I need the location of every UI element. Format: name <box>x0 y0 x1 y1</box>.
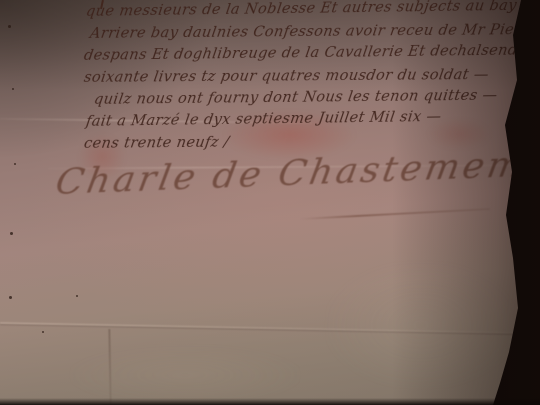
ink-speck <box>8 25 11 28</box>
manuscript-line-7: cens trente neufz / <box>83 135 231 152</box>
shadow-right-edge <box>392 0 540 405</box>
shadow-bottom-edge <box>0 398 540 405</box>
ink-speck <box>76 295 78 297</box>
ink-speck <box>10 232 13 235</box>
photo-of-manuscript: que messieurs de la Noblesse Et autres s… <box>0 0 540 405</box>
ink-speck <box>9 296 12 299</box>
ink-speck <box>42 331 44 333</box>
ink-speck <box>12 88 14 90</box>
ink-speck <box>14 163 16 165</box>
paper-light-patch-2 <box>70 345 300 405</box>
